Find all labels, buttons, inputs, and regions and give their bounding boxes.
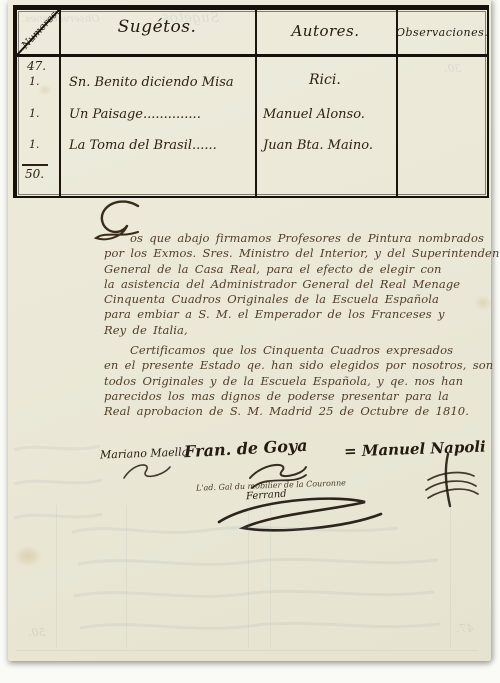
signature-goya: Fran. de Goya — [184, 436, 308, 461]
bleedthrough-line — [16, 650, 478, 651]
row-author: Rici. — [309, 72, 341, 88]
text-line: parecidos los mas dignos de poderse pres… — [104, 389, 500, 404]
paper-stain — [14, 545, 42, 567]
bleedthrough-text: 47. — [456, 622, 474, 635]
rubric-napoli — [416, 450, 482, 510]
manuscript-paper: Observaciones. Sugetos. 30. Numeros. Sug… — [8, 0, 491, 661]
certificate-paragraph-1: os que abajo firmamos Profesores de Pint… — [104, 231, 500, 338]
text-line: Cinquenta Cuadros Originales de la Escue… — [104, 292, 500, 307]
total-count: 50. — [25, 167, 44, 181]
text-line: Rey de Italia, — [104, 323, 500, 338]
row-subject: La Toma del Brasil...... — [69, 138, 217, 153]
bleedthrough-handwriting — [68, 522, 448, 642]
column-header-sugetos: Sugétos. — [59, 17, 255, 37]
row-subject: Sn. Benito diciendo Misa — [69, 75, 234, 90]
row-count: 1. — [29, 138, 40, 151]
rubric-goya — [244, 460, 310, 496]
scanned-document-page: Observaciones. Sugetos. 30. Numeros. Sug… — [0, 0, 500, 683]
total-overline — [22, 164, 48, 166]
row-author: Manuel Alonso. — [263, 107, 365, 122]
text-line: para embiar a S. M. el Emperador de los … — [104, 307, 500, 322]
bleedthrough-line — [450, 505, 451, 648]
running-number: 47. — [27, 59, 46, 73]
column-divider — [59, 10, 61, 196]
row-subject: Un Paisage.............. — [69, 107, 201, 122]
text-line: la asistencia del Administrador General … — [104, 277, 500, 292]
text-line: Real aprobacion de S. M. Madrid 25 de Oc… — [104, 404, 500, 419]
header-divider — [17, 54, 487, 57]
certificate-paragraph-2: Certificamos que los Cinquenta Cuadros e… — [104, 343, 500, 419]
bleedthrough-handwriting — [10, 440, 106, 530]
paintings-table: Numeros. Sugétos. Autores. Observaciones… — [13, 5, 489, 198]
rubric-maella — [120, 458, 174, 486]
column-header-autores: Autores. — [255, 22, 396, 40]
text-line: por los Exmos. Sres. Ministro del Interi… — [104, 246, 500, 261]
row-count: 1. — [29, 107, 40, 120]
text-line: os que abajo firmamos Profesores de Pint… — [104, 231, 500, 246]
text-line: todos Originales y de la Escuela Español… — [104, 374, 500, 389]
column-header-observaciones: Observaciones. — [396, 26, 485, 39]
bleedthrough-text: 50. — [28, 626, 46, 639]
column-header-numeros: Numeros. — [20, 7, 62, 51]
text-line: General de la Casa Real, para el efecto … — [104, 262, 500, 277]
row-count: 1. — [29, 75, 40, 88]
text-line: en el presente Estado qe. han sido elegi… — [104, 358, 500, 373]
text-line: Certificamos que los Cinquenta Cuadros e… — [104, 343, 500, 358]
row-author: Juan Bta. Maino. — [263, 138, 373, 153]
